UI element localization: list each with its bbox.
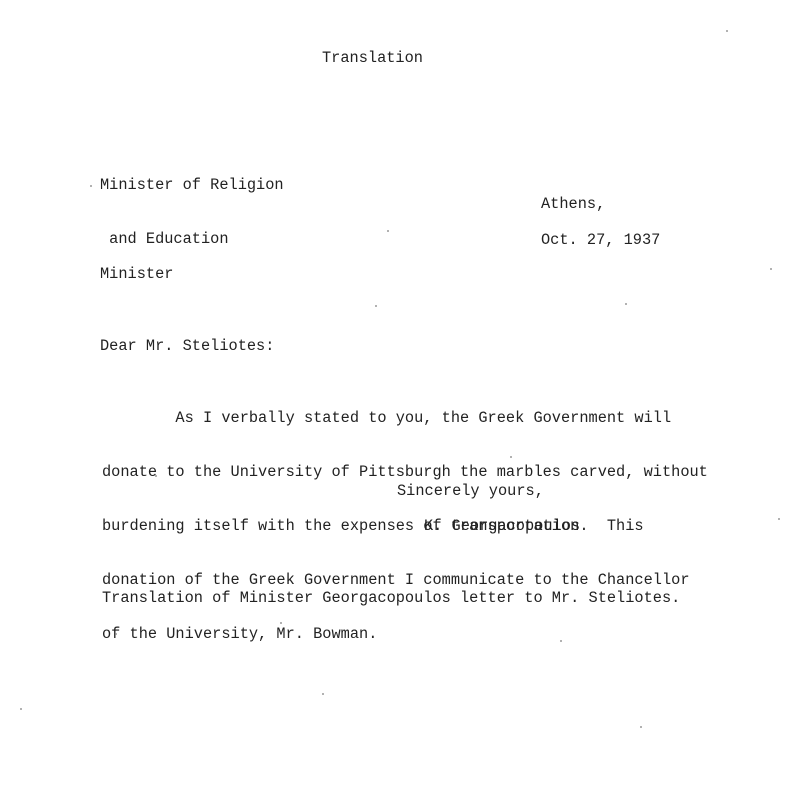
scan-speck xyxy=(115,633,117,635)
scan-speck xyxy=(510,456,512,458)
letter-place: Athens, xyxy=(541,195,605,213)
footer-note: Translation of Minister Georgacopoulos l… xyxy=(102,589,680,607)
letter-body: As I verbally stated to you, the Greek G… xyxy=(102,373,708,679)
body-line: As I verbally stated to you, the Greek G… xyxy=(102,409,708,427)
scan-speck xyxy=(20,708,22,710)
scan-speck xyxy=(280,622,282,624)
body-line: donation of the Greek Government I commu… xyxy=(102,571,708,589)
sender-role: Minister xyxy=(100,265,173,283)
sender-line: and Education xyxy=(100,230,284,248)
scan-speck xyxy=(90,185,92,187)
document-title: Translation xyxy=(322,49,423,67)
scan-speck xyxy=(560,640,562,642)
letter-page: Translation Minister of Religion and Edu… xyxy=(0,0,806,790)
sender-line: Minister of Religion xyxy=(100,176,284,194)
body-line: burdening itself with the expenses of tr… xyxy=(102,517,708,535)
scan-speck xyxy=(322,693,324,695)
scan-speck xyxy=(726,30,728,32)
body-line: donate to the University of Pittsburgh t… xyxy=(102,463,708,481)
scan-speck xyxy=(375,305,377,307)
salutation: Dear Mr. Steliotes: xyxy=(100,337,274,355)
scan-speck xyxy=(155,475,157,477)
body-line: of the University, Mr. Bowman. xyxy=(102,625,708,643)
scan-speck xyxy=(778,518,780,520)
scan-speck xyxy=(640,726,642,728)
scan-speck xyxy=(625,303,627,305)
scan-speck xyxy=(387,230,389,232)
signature: K. Georgacopoulos xyxy=(424,517,580,535)
scan-speck xyxy=(770,268,772,270)
letter-date: Oct. 27, 1937 xyxy=(541,231,660,249)
sender-block: Minister of Religion and Education xyxy=(100,140,284,284)
closing: Sincerely yours, xyxy=(397,482,544,500)
